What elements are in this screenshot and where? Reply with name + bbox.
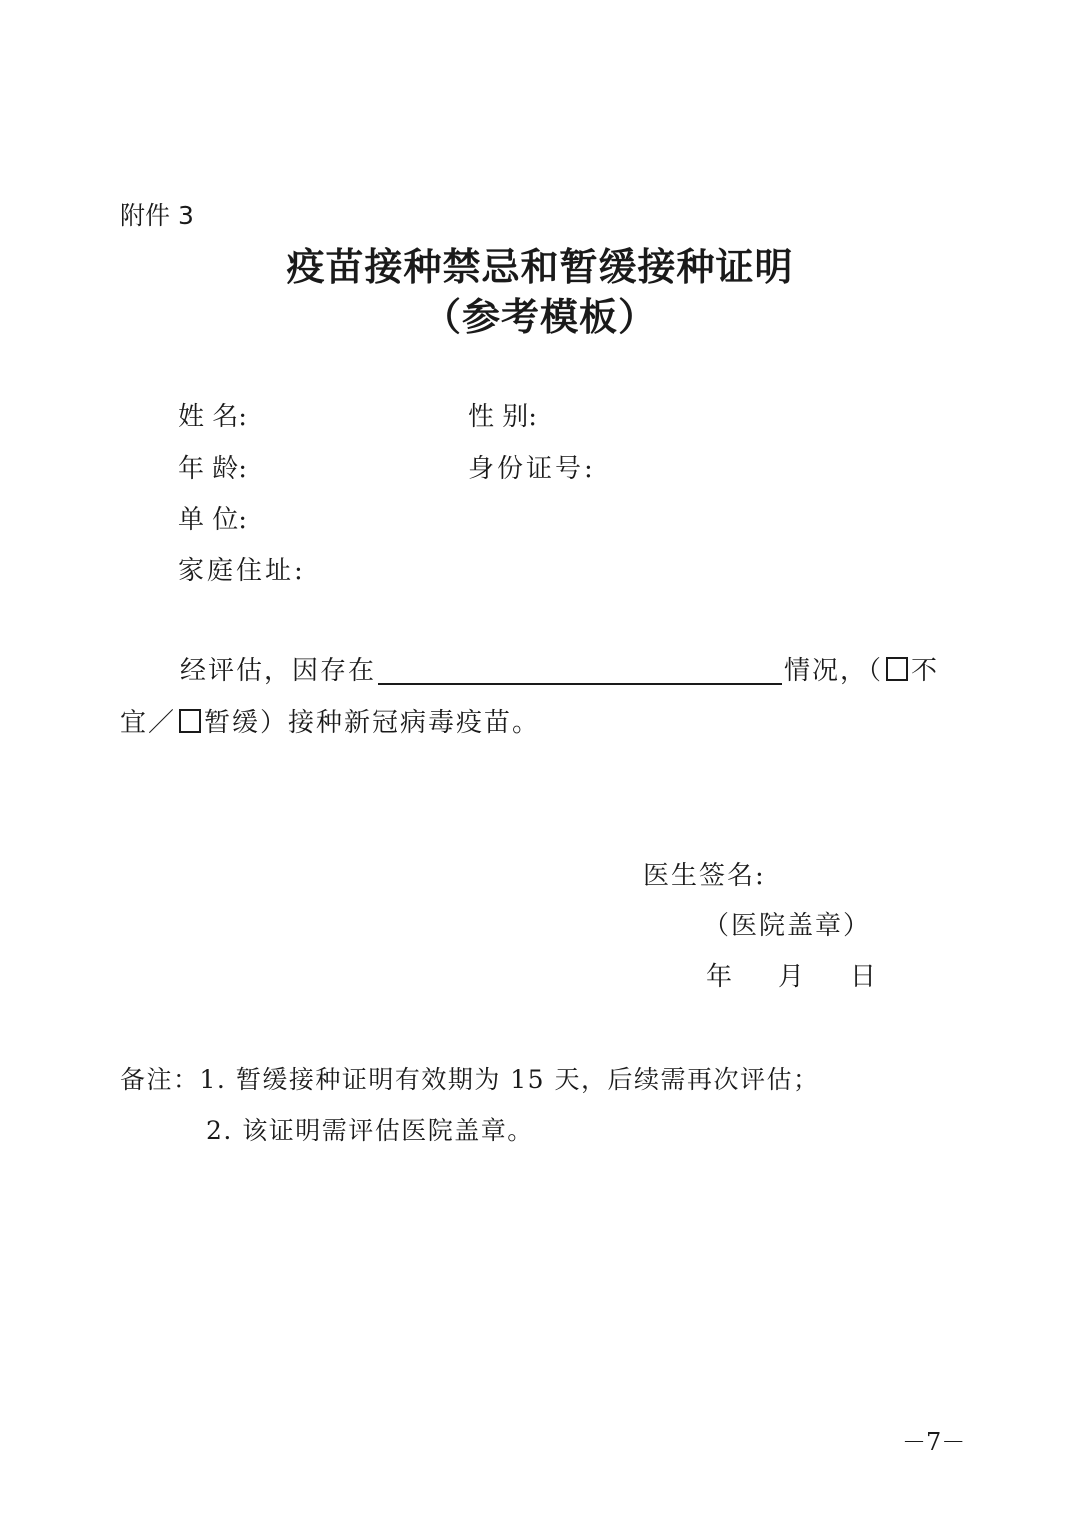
field-name: 姓 名:: [178, 396, 302, 433]
date-month-label: 月: [778, 956, 806, 993]
field-address-label: 家庭住址:: [178, 550, 306, 587]
hospital-stamp-label: （医院盖章）: [703, 905, 871, 942]
field-id-number: 身份证号:: [468, 448, 596, 485]
doctor-signature-label: 医生签名:: [643, 855, 766, 892]
field-unit-label: 单 位:: [178, 499, 302, 536]
condition-blank[interactable]: [378, 655, 782, 685]
document-subtitle: （参考模板）: [0, 286, 1080, 341]
document-title: 疫苗接种禁忌和暂缓接种证明: [0, 236, 1080, 291]
field-name-label: 姓 名:: [178, 396, 302, 433]
field-age-label: 年 龄:: [178, 448, 302, 485]
statement-line-2: 宜／暂缓）接种新冠病毒疫苗。: [120, 702, 540, 739]
checkbox-not-suitable[interactable]: [886, 657, 908, 681]
page-number: －7－: [902, 1422, 965, 1457]
field-id-number-label: 身份证号:: [468, 448, 596, 485]
checkbox-postpone[interactable]: [179, 709, 201, 733]
statement-line-1: 经评估，因存在情况，（不: [180, 650, 939, 687]
field-age: 年 龄:: [178, 448, 302, 485]
field-gender: 性 别:: [468, 396, 592, 433]
date-day-label: 日: [850, 956, 878, 993]
note-item-2: 2. 该证明需评估医院盖章。: [206, 1111, 534, 1147]
date-year-label: 年: [706, 956, 734, 993]
note-item-1: 备注：1. 暂缓接种证明有效期为 15 天，后续需再次评估；: [120, 1060, 820, 1096]
field-address: 家庭住址:: [178, 550, 306, 587]
signature-date: 年月日: [706, 956, 878, 993]
field-gender-label: 性 别:: [468, 396, 592, 433]
attachment-label: 附件 3: [120, 196, 194, 232]
notes-prefix: 备注：: [120, 1065, 200, 1094]
field-unit: 单 位:: [178, 499, 302, 536]
